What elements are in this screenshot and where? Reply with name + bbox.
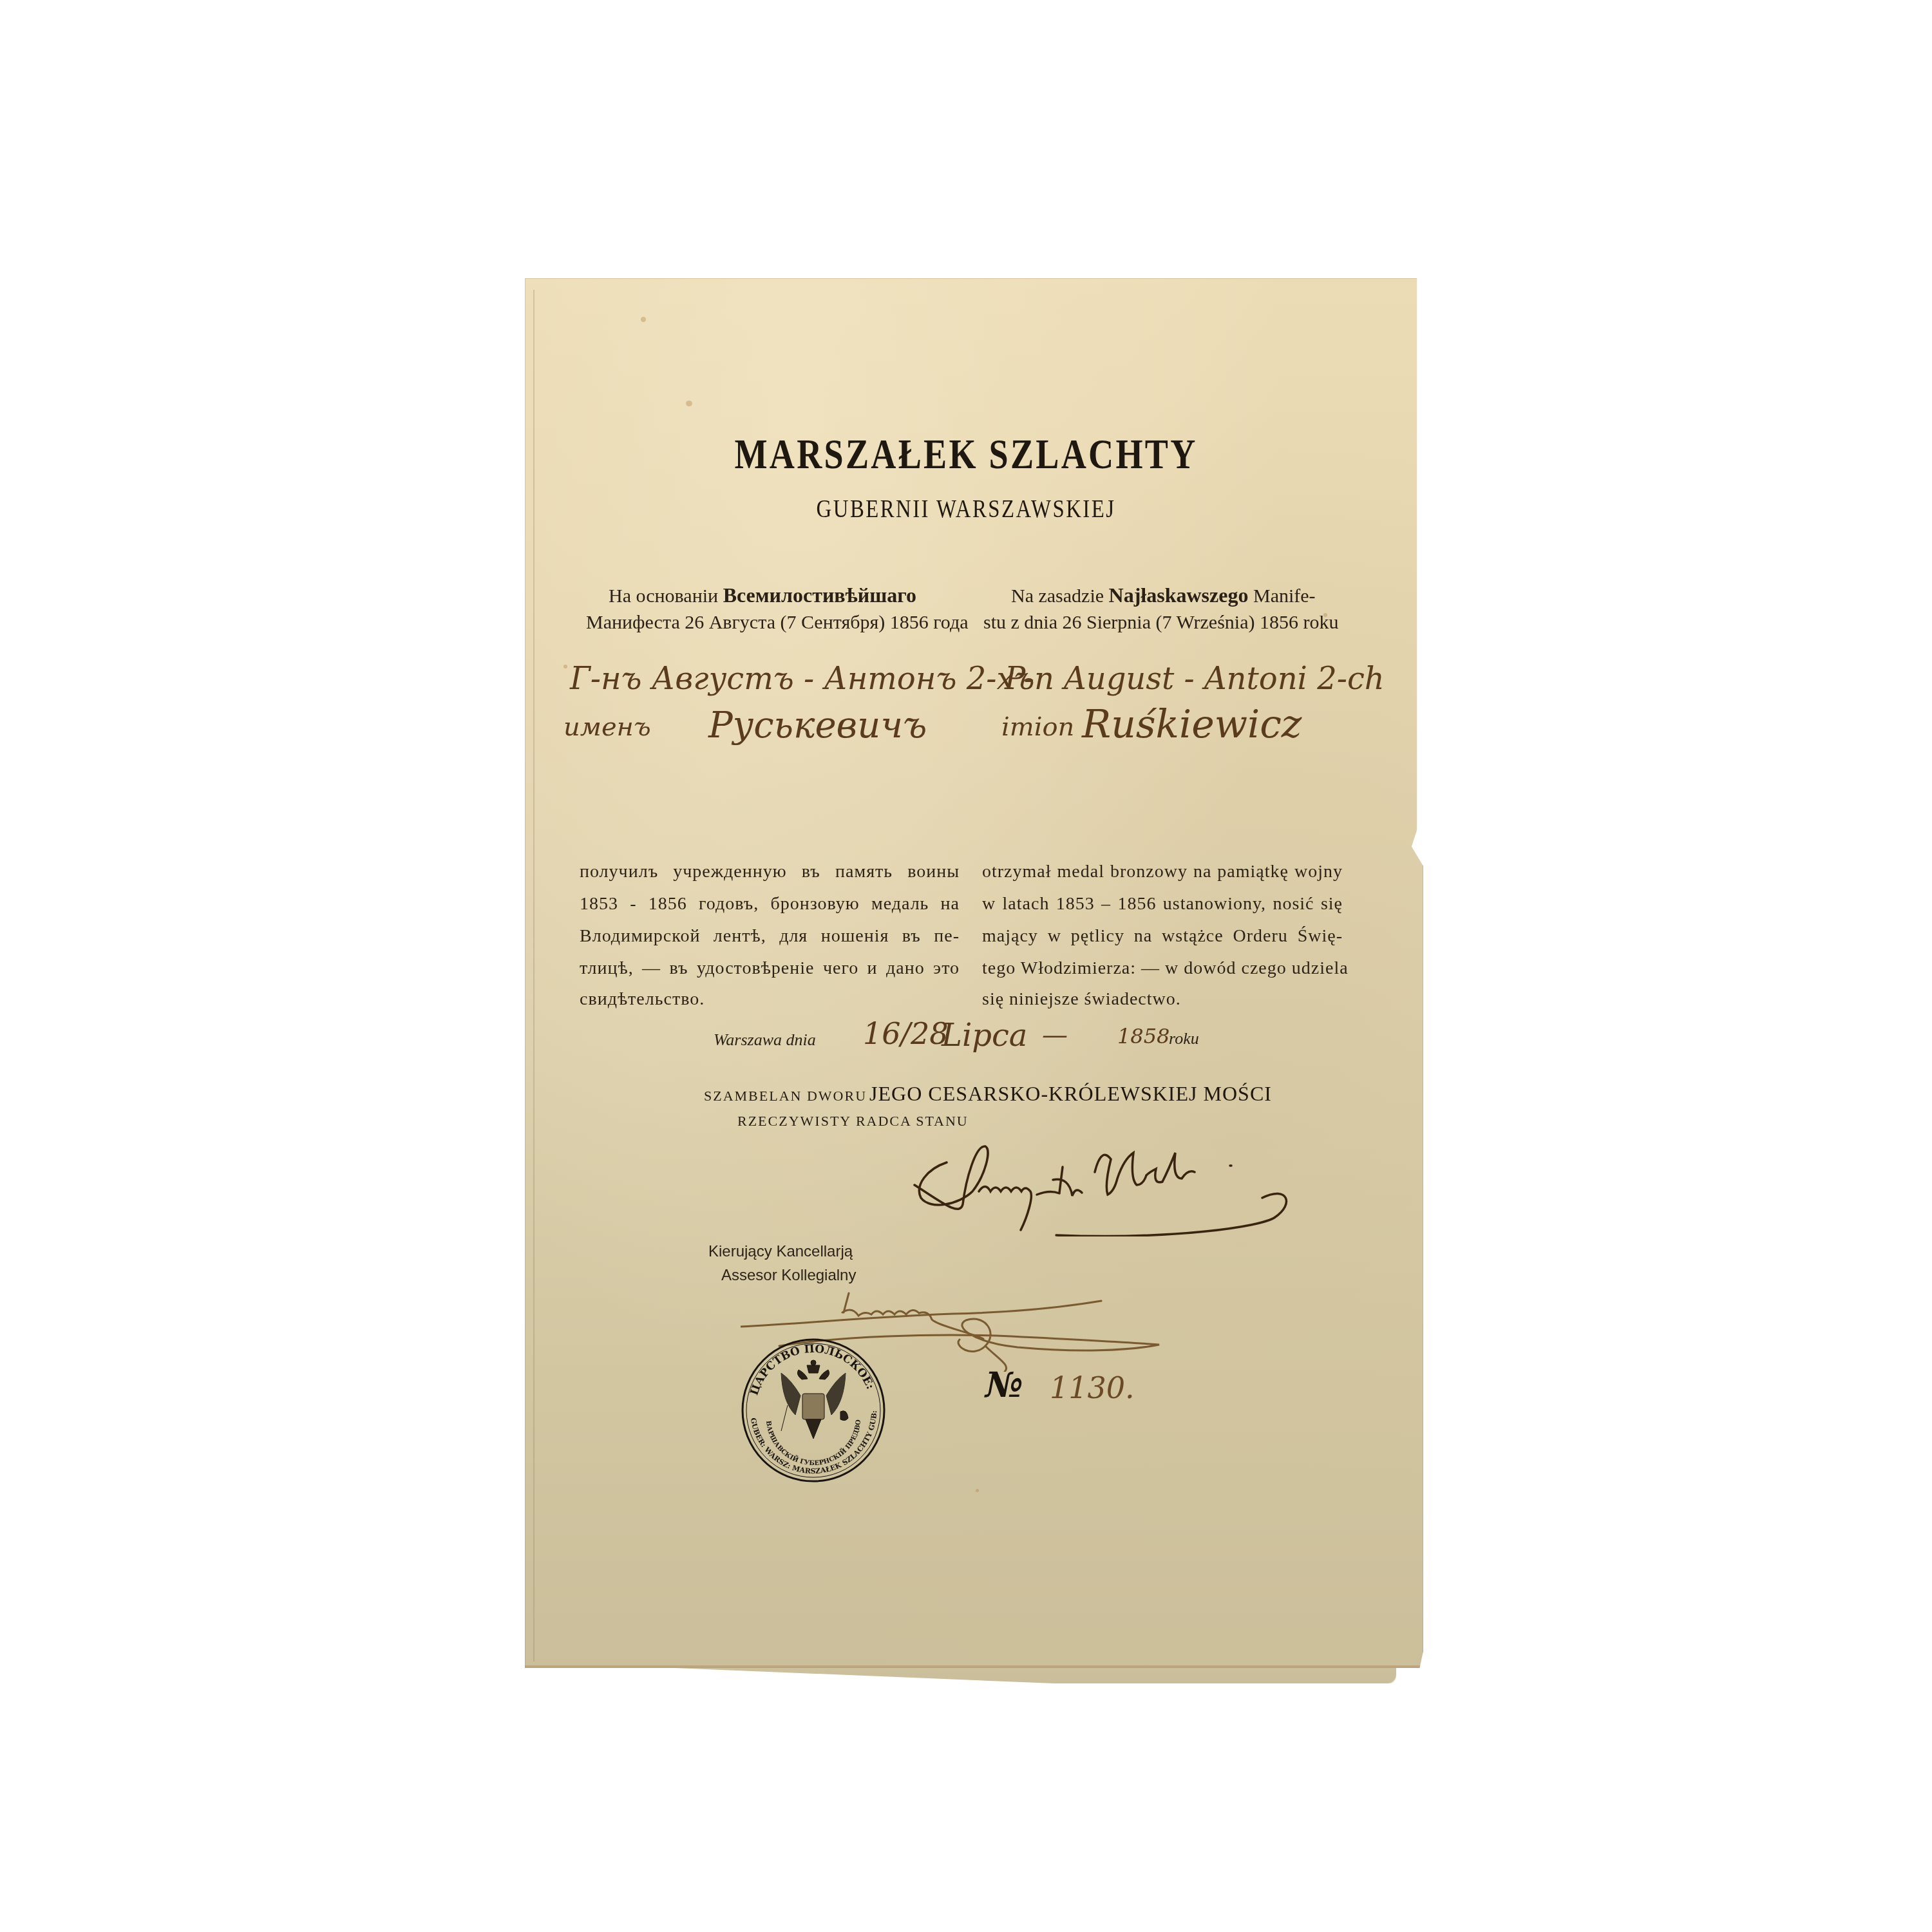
left-handwritten-surname: Руськевичъ: [708, 705, 927, 746]
date-year-handwritten: 1858: [1117, 1024, 1170, 1048]
chancellery-line1: Kierujący Kancellarją: [708, 1243, 853, 1261]
document-number-value: 1130.: [1050, 1370, 1135, 1405]
right-heading-prefix: Na zasadzie: [1011, 585, 1104, 607]
date-month-handwritten: Lipca: [942, 1018, 1027, 1054]
signatory-title: SZAMBELAN DWORU JEGO CESARSKO-KRÓLEWSKIE…: [704, 1082, 1272, 1106]
left-heading-line2: Манифеста 26 Августа (7 Сентября) 1856 г…: [586, 612, 969, 634]
signatory-title-big: JEGO CESARSKO-KRÓLEWSKIEJ MOŚCI: [869, 1082, 1272, 1105]
left-body-line: 1853 - 1856 годовъ, бронзовую медаль на: [580, 894, 960, 914]
left-handwritten-imen: именъ: [563, 712, 651, 742]
foxing-spot: [641, 317, 646, 322]
date-place-prefix: Warszawa dnia: [714, 1030, 816, 1050]
right-body-line: w latach 1853 – 1856 ustanowiony, nosić …: [982, 894, 1343, 914]
right-handwritten-given-names: P-n August - Antoni 2-ch: [1005, 661, 1385, 697]
left-heading-bold: Всемилостивѣйшаго: [723, 583, 916, 607]
foxing-spot: [686, 401, 692, 406]
signatory-title-small: SZAMBELAN DWORU: [704, 1088, 867, 1104]
right-heading-bold: Najłaskawszego: [1109, 583, 1249, 607]
document-subtitle: GUBERNII WARSZAWSKIEJ: [174, 493, 1758, 524]
date-day-handwritten: 16/28: [863, 1016, 949, 1051]
left-heading-prefix: На основаніи: [609, 585, 718, 607]
right-heading-suffix: Manife-: [1253, 585, 1316, 607]
date-dash: —: [1042, 1020, 1068, 1050]
date-year-suffix: roku: [1169, 1029, 1199, 1048]
right-body-line: tego Włodzimierza: — w dowód czego udzie…: [982, 958, 1343, 979]
document-number-label: №: [985, 1364, 1023, 1405]
foxing-spot: [976, 1489, 979, 1492]
right-heading-line1: Na zasadzie Najłaskawszego Manife-: [1011, 583, 1316, 607]
official-seal-stamp: ЦАРСТВО ПОЛЬСКОЕ: GUBER: WARSZ: MARSZAŁE…: [737, 1334, 889, 1486]
left-heading-line1: На основаніи Всемилостивѣйшаго: [609, 583, 916, 607]
document-title: MARSZAŁEK SZLACHTY: [174, 430, 1758, 479]
uruski-signature: [902, 1121, 1301, 1236]
right-heading-line2: stu z dnia 26 Sierpnia (7 Września) 1856…: [983, 612, 1338, 634]
photo-stage: MARSZAŁEK SZLACHTY GUBERNII WARSZAWSKIEJ…: [0, 0, 1932, 1932]
double-headed-eagle-icon: [781, 1360, 848, 1439]
left-body-line: Влодимирской лентѣ, для ношенія въ пе-: [580, 926, 960, 947]
left-body-line: тлицѣ, — въ удостовѣреніе чего и дано эт…: [580, 958, 960, 979]
left-body-line: свидѣтельство.: [580, 989, 705, 1010]
left-body-line: получилъ учрежденную въ память воины: [580, 862, 960, 882]
right-body-line: otrzymał medal bronzowy na pamiątkę wojn…: [982, 862, 1343, 882]
left-handwritten-given-names: Г-нъ Августъ - Антонъ 2-хъ: [570, 661, 1034, 697]
right-handwritten-imion: imion: [1001, 712, 1074, 742]
foxing-spot: [563, 665, 567, 668]
right-body-line: mający w pętlicy na wstążce Orderu Świę-: [982, 926, 1343, 947]
right-body-line: się niniejsze świadectwo.: [982, 989, 1181, 1010]
right-handwritten-surname: Ruśkiewicz: [1082, 702, 1302, 747]
